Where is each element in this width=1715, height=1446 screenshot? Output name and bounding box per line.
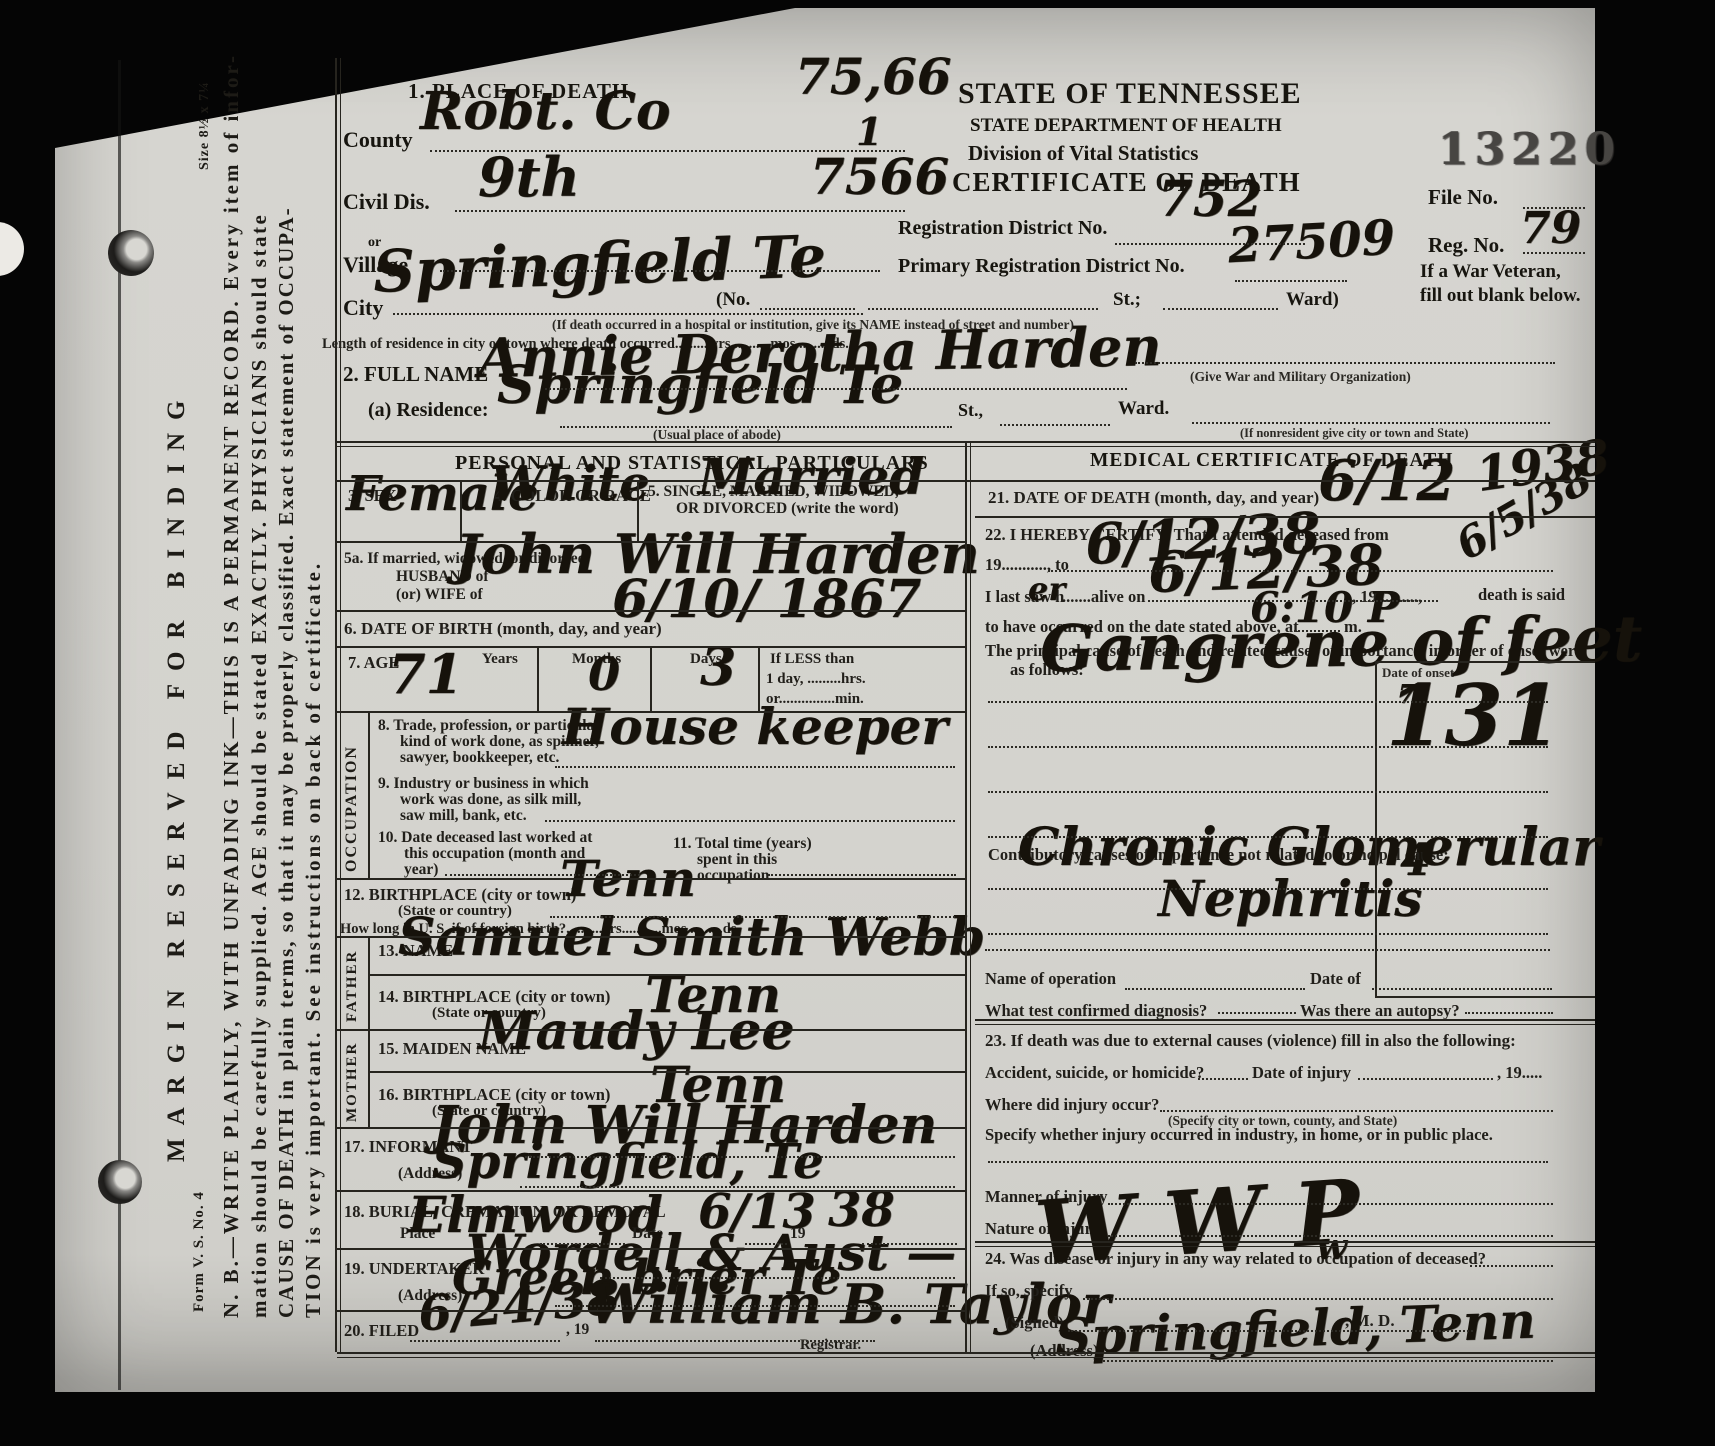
rule [1523, 207, 1585, 209]
rule [1048, 570, 1553, 572]
county-value: Robt. Co [420, 90, 671, 134]
occupation-group-label: OCCUPATION [344, 745, 360, 872]
rule [337, 936, 965, 938]
civil-dis-value: 9th [478, 155, 580, 201]
reg-district-label: Registration District No. [898, 218, 1107, 239]
rule [975, 1241, 1595, 1247]
rule [1465, 1012, 1553, 1014]
if-so-label: If so, specify [985, 1282, 1073, 1299]
injury-date-label: Date of injury [1252, 1064, 1351, 1081]
rule [600, 1277, 955, 1279]
onset-value-1: 131 [1386, 680, 1561, 751]
punch-hole-top [108, 230, 154, 276]
stamp-number: 13220 [1438, 124, 1621, 175]
rule [1235, 280, 1347, 282]
rule [1000, 424, 1110, 426]
nb-note-line-1: N. B.—WRITE PLAINLY, WITH UNFADING INK—T… [221, 53, 242, 1318]
operation-date-label: Date of [1310, 970, 1361, 987]
rule [545, 388, 1127, 390]
rule [430, 150, 905, 152]
rule [537, 647, 539, 712]
rule [1068, 1330, 1473, 1332]
industry-label-2: work was done, as silk mill, [400, 792, 581, 808]
rule [335, 58, 341, 1352]
rule [525, 1156, 955, 1158]
contributory-value-1: Chronic Glomerular [1018, 826, 1600, 870]
rule [368, 1071, 965, 1073]
birthplace-label: 12. BIRTHPLACE (city or town) [344, 886, 576, 903]
external-label: 23. If death was due to external causes … [985, 1032, 1516, 1050]
rule [460, 482, 462, 542]
size-note: Size 8½ x 7¼ [198, 81, 212, 170]
rule [337, 711, 965, 713]
age-days-value: 3 [700, 646, 736, 690]
rule [1290, 630, 1340, 632]
street-ward-label: Ward) [1286, 290, 1339, 310]
rule [337, 1352, 1595, 1358]
age-less-note-2: 1 day, .........hrs. [766, 672, 866, 688]
rule [1375, 661, 1595, 663]
rule [337, 1029, 965, 1031]
residence-ward-label: Ward. [1118, 399, 1169, 419]
rule [1358, 1078, 1493, 1080]
test-label: What test confirmed diagnosis? [985, 1002, 1207, 1019]
nb-note-line-2: mation should be carefully supplied. AGE… [249, 213, 270, 1318]
rule [868, 308, 1098, 310]
residence-label: (a) Residence: [368, 400, 489, 421]
dob-value: 6/10/ 1867 [612, 578, 921, 622]
injury-year-label: , 19..... [1497, 1064, 1542, 1081]
rule [337, 1127, 965, 1129]
husband-label-3: (or) WIFE of [396, 587, 483, 603]
rule [988, 933, 1548, 935]
full-name-label: 2. FULL NAME [343, 363, 488, 385]
rule [1375, 661, 1377, 997]
marital-value: Married [698, 456, 924, 499]
mother-name-value: Maudy Lee [478, 1010, 794, 1054]
father-group-label: FATHER [345, 950, 360, 1022]
race-value: White [490, 464, 650, 505]
rule [520, 1186, 955, 1188]
war-veteran-note-2: fill out blank below. [1420, 286, 1581, 306]
rule [988, 746, 1548, 748]
rule [985, 949, 1550, 951]
rule [862, 1243, 957, 1245]
rule [1375, 996, 1595, 998]
pen-annotation-one: 1 [856, 116, 882, 148]
file-no-label: File No. [1428, 186, 1498, 208]
rule [1218, 1012, 1296, 1014]
rule [337, 878, 965, 880]
specify-label: Specify whether injury occurred in indus… [985, 1126, 1493, 1143]
father-name-value: Samuel Smith Webb [398, 916, 985, 960]
rule [768, 874, 956, 876]
rule [393, 313, 863, 315]
total-time-label-2: spent in this [697, 852, 777, 868]
rule [445, 874, 640, 876]
age-years-label: Years [482, 652, 518, 668]
rule [1135, 362, 1555, 364]
rule [368, 711, 370, 879]
age-years-value: 71 [388, 652, 463, 698]
rule [975, 516, 1595, 518]
rule [1372, 988, 1552, 990]
trade-label-3: sawyer, bookkeeper, etc. [400, 750, 559, 766]
residence-st-label: St., [958, 401, 983, 420]
rule [965, 441, 971, 1352]
rule [555, 1305, 955, 1307]
rule [1108, 1203, 1553, 1205]
reg-district-value: 752 [1158, 178, 1262, 221]
rule [760, 308, 855, 310]
industry-label-1: 9. Industry or business in which [378, 776, 589, 792]
rule [337, 610, 965, 612]
last-saw-her-value: er [1028, 576, 1065, 603]
rule [988, 791, 1548, 793]
city-value: Springfield Te [372, 232, 826, 297]
rule [337, 1190, 965, 1192]
rule [758, 647, 760, 712]
rule [1083, 1298, 1553, 1300]
total-time-label-3: occupation [697, 868, 769, 884]
rule [988, 701, 1548, 703]
rule [337, 1248, 965, 1250]
rule [1148, 600, 1438, 602]
county-label: County [343, 128, 413, 151]
street-st-label: St.; [1113, 290, 1141, 310]
prim-reg-label: Primary Registration District No. [898, 256, 1185, 277]
filed-label: 20. FILED [344, 1322, 419, 1339]
industry-label-3: saw mill, bank, etc. [400, 808, 527, 824]
rule [1198, 1078, 1248, 1080]
age-less-note-1: If LESS than [770, 652, 854, 668]
rule [368, 974, 965, 976]
war-org-note: (Give War and Military Organization) [1190, 370, 1411, 384]
rule [650, 647, 652, 712]
rule [1108, 1235, 1553, 1237]
rule [975, 1019, 1595, 1025]
pen-annotation-top: 75,66 [795, 56, 952, 99]
rule [988, 1161, 1548, 1163]
war-veteran-note-1: If a War Veteran, [1420, 262, 1561, 282]
where-label: Where did injury occur? [985, 1096, 1159, 1113]
rule [337, 541, 965, 543]
nb-note-line-4: TION is very important. See instructions… [303, 561, 324, 1318]
street-no-label: (No. [716, 290, 750, 310]
rule [545, 820, 955, 822]
contributory-value-2: Nephritis [1158, 878, 1422, 921]
rule [368, 936, 370, 1128]
rule [1192, 422, 1550, 424]
rule [637, 482, 639, 542]
rule [1523, 252, 1585, 254]
civil-dis-label: Civil Dis. [343, 190, 430, 213]
rule [337, 1310, 965, 1312]
rule [988, 888, 1548, 890]
rule [1103, 1360, 1553, 1362]
mother-group-label: MOTHER [345, 1042, 360, 1122]
rule [745, 1243, 787, 1245]
state-title-2: STATE DEPARTMENT OF HEALTH [970, 116, 1282, 136]
rule [540, 1243, 625, 1245]
rule [440, 270, 880, 272]
accident-label: Accident, suicide, or homicide? [985, 1064, 1204, 1081]
rule [550, 916, 955, 918]
death-said-label: death is said [1478, 586, 1565, 603]
rule [1160, 1110, 1553, 1112]
rule [1163, 308, 1278, 310]
filed-year-label: , 19 [566, 1322, 589, 1338]
reg-no-value: 79 [1520, 210, 1581, 247]
state-title-3: Division of Vital Statistics [968, 142, 1198, 164]
rule [595, 1340, 875, 1342]
scanned-death-certificate: Size 8½ x 7¼MARGIN RESERVED FOR BINDINGF… [0, 0, 1715, 1446]
autopsy-label: Was there an autopsy? [1300, 1002, 1460, 1019]
nonresident-note: (If nonresident give city or town and St… [1240, 427, 1468, 440]
last-worked-label-3: year) [404, 862, 438, 878]
rule [988, 836, 1548, 838]
last-saw-label-2: .......alive on [1062, 588, 1145, 605]
rule [560, 426, 952, 428]
rule [1470, 1265, 1553, 1267]
pen-annotation-mid: 7566 [810, 156, 949, 199]
state-title-1: STATE OF TENNESSEE [958, 78, 1302, 110]
punch-hole-bottom [98, 1160, 142, 1204]
rule [1125, 988, 1305, 990]
informant-addr-value: Springfield, Te [432, 1142, 824, 1183]
nb-note-line-3: CAUSE OF DEATH in plain terms, so that i… [276, 206, 297, 1318]
age-months-value: 0 [588, 655, 620, 694]
operation-label: Name of operation [985, 970, 1116, 987]
rule [555, 766, 955, 768]
form-number: Form V. S. No. 4 [192, 1191, 207, 1312]
residence-value: Springfield Te [497, 364, 903, 408]
rule [1115, 243, 1305, 245]
signature-value: W W P [1033, 1174, 1363, 1271]
punch-hole-edge [0, 222, 24, 276]
rule [455, 210, 905, 212]
reg-no-label: Reg. No. [1428, 234, 1504, 256]
rule [410, 1340, 560, 1342]
last-worked-label-1: 10. Date deceased last worked at [378, 830, 592, 846]
last-worked-label-2: this occupation (month and [404, 846, 585, 862]
margin-binding-note: MARGIN RESERVED FOR BINDING [164, 388, 189, 1162]
